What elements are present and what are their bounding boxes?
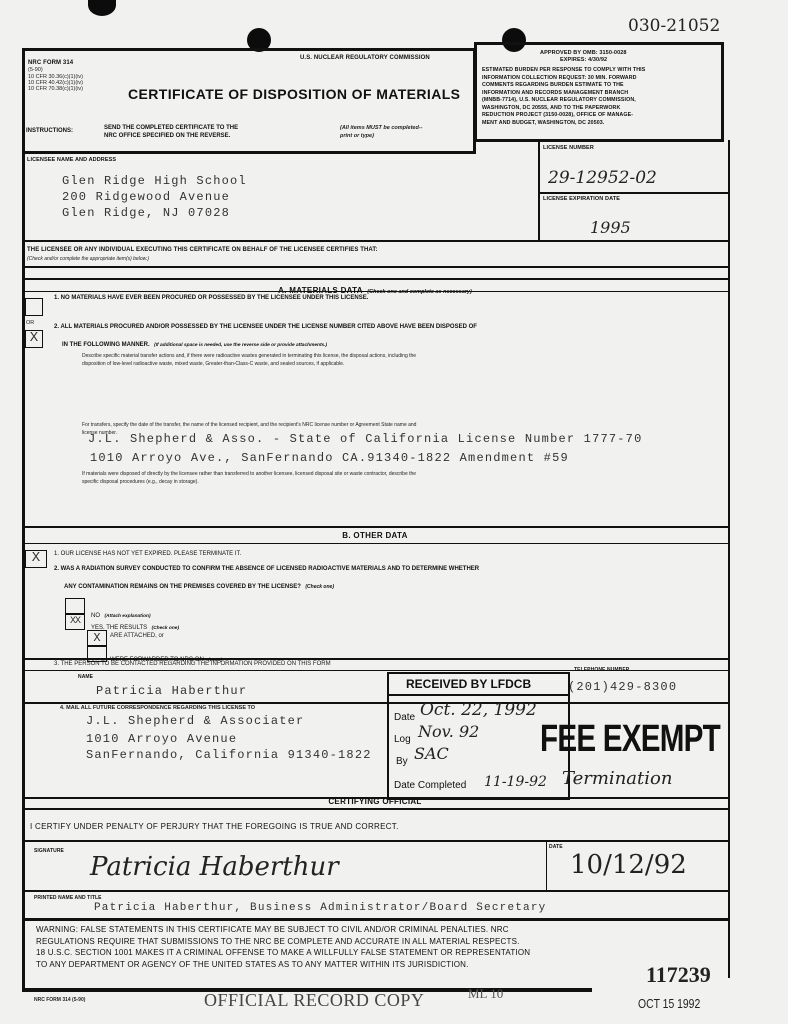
signature-label: SIGNATURE bbox=[34, 848, 64, 854]
omb-approval: APPROVED BY OMB: 3150-0028 bbox=[540, 50, 627, 56]
divider bbox=[22, 890, 728, 892]
certifies-statement: THE LICENSEE OR ANY INDIVIDUAL EXECUTING… bbox=[27, 247, 378, 253]
form-revision: (5-90) bbox=[28, 67, 43, 73]
signature[interactable]: Patricia Haberthur bbox=[90, 852, 339, 882]
termination-note[interactable]: Termination bbox=[562, 768, 672, 789]
transfer-address[interactable]: 1010 Arroyo Ave., SanFernando CA.91340-1… bbox=[90, 451, 569, 465]
form-title: CERTIFICATE OF DISPOSITION OF MATERIALS bbox=[128, 86, 460, 102]
divider bbox=[538, 192, 728, 194]
form-id: NRC FORM 314 bbox=[28, 60, 73, 66]
transfer-recipient[interactable]: J.L. Shepherd & Asso. - State of Califor… bbox=[88, 432, 642, 446]
received-stamp-title: RECEIVED BY LFDCB bbox=[406, 677, 531, 691]
describe-instructions: Describe specific material transfer acti… bbox=[82, 353, 416, 359]
divider bbox=[22, 808, 728, 810]
contact-phone[interactable]: (201)429-8300 bbox=[568, 680, 677, 694]
printed-name-label: PRINTED NAME AND TITLE bbox=[34, 895, 102, 901]
form-border-right bbox=[728, 140, 730, 978]
survey-yes-checkbox[interactable]: XX bbox=[65, 614, 85, 630]
divider bbox=[22, 266, 728, 268]
mail-line[interactable]: J.L. Shepherd & Associater bbox=[86, 714, 304, 728]
contact-name-label: NAME bbox=[78, 674, 93, 680]
or-label: OR bbox=[26, 320, 34, 326]
certifying-official-title: CERTIFYING OFFICIAL bbox=[22, 797, 728, 806]
fee-exempt-stamp: FEE EXEMPT bbox=[540, 718, 720, 761]
received-date-stamp: OCT 15 1992 bbox=[638, 996, 700, 1011]
contact-name[interactable]: Patricia Haberthur bbox=[96, 684, 247, 698]
divider bbox=[538, 140, 540, 240]
signature-date-label: DATE bbox=[549, 844, 563, 850]
certification-statement: I CERTIFY UNDER PENALTY OF PERJURY THAT … bbox=[30, 822, 399, 831]
stamp-date-completed-label: Date Completed bbox=[394, 780, 466, 791]
no-materials-text: 1. NO MATERIALS HAVE EVER BEEN PROCURED … bbox=[54, 295, 368, 301]
ml-stamp: ML 10 bbox=[468, 986, 503, 1002]
divider bbox=[546, 840, 547, 890]
licensee-name[interactable]: Glen Ridge High School bbox=[62, 174, 247, 188]
transfers-instructions: For transfers, specify the date of the t… bbox=[82, 422, 416, 428]
license-expiration-label: LICENSE EXPIRATION DATE bbox=[543, 196, 620, 202]
form-border-left bbox=[22, 150, 25, 992]
instructions-label: INSTRUCTIONS: bbox=[26, 128, 73, 134]
official-record-copy-stamp: OFFICIAL RECORD COPY bbox=[204, 990, 424, 1011]
stamp-date-label: Date bbox=[394, 712, 415, 723]
survey-no-checkbox[interactable] bbox=[65, 598, 85, 614]
terminate-text: 1. OUR LICENSE HAS NOT YET EXPIRED. PLEA… bbox=[54, 551, 241, 557]
divider bbox=[22, 543, 728, 544]
footer-form-id: NRC FORM 314 (5-90) bbox=[34, 997, 85, 1003]
mail-line[interactable]: SanFernando, California 91340-1822 bbox=[86, 748, 372, 762]
burden-statement: ESTIMATED BURDEN PER RESPONSE TO COMPLY … bbox=[482, 67, 720, 127]
all-disposed-checkbox[interactable]: X bbox=[25, 330, 43, 348]
divider bbox=[22, 918, 728, 921]
licensee-city[interactable]: Glen Ridge, NJ 07028 bbox=[62, 206, 230, 220]
license-number-label: LICENSE NUMBER bbox=[543, 145, 594, 151]
instructions-text: NRC OFFICE SPECIFIED ON THE REVERSE. bbox=[104, 133, 230, 139]
agency-name: U.S. NUCLEAR REGULATORY COMMISSION bbox=[300, 55, 430, 61]
contact-person-text: 3. THE PERSON TO BE CONTACTED REGARDING … bbox=[54, 661, 331, 667]
disposal-instructions: If materials were disposed of directly b… bbox=[82, 471, 416, 477]
received-number-stamp: 117239 bbox=[646, 962, 711, 988]
divider bbox=[22, 702, 728, 704]
all-disposed-text: 2. ALL MATERIALS PROCURED AND/OR POSSESS… bbox=[54, 324, 477, 330]
divider bbox=[22, 840, 728, 842]
mail-correspondence-label: 4. MAIL ALL FUTURE CORRESPONDENCE REGARD… bbox=[60, 705, 255, 711]
cfr-ref: 10 CFR 70.38(c)(1)(iv) bbox=[28, 86, 83, 92]
signature-date[interactable]: 10/12/92 bbox=[570, 850, 687, 880]
instructions-note: (All items MUST be completed-- bbox=[340, 125, 423, 131]
printed-name-title[interactable]: Patricia Haberthur, Business Administrat… bbox=[94, 902, 546, 914]
warning-text: WARNING: FALSE STATEMENTS IN THIS CERTIF… bbox=[36, 924, 726, 970]
instructions-note: print or type) bbox=[340, 133, 374, 139]
stamp-date-completed[interactable]: 11-19-92 bbox=[484, 774, 547, 790]
describe-instructions: disposition of low-level radioactive was… bbox=[82, 361, 344, 367]
instructions-text: SEND THE COMPLETED CERTIFICATE TO THE bbox=[104, 125, 238, 131]
stamp-log[interactable]: Nov. 92 bbox=[418, 722, 479, 741]
all-disposed-text-2: IN THE FOLLOWING MANNER. (If additional … bbox=[62, 333, 327, 351]
omb-expires: EXPIRES: 4/30/92 bbox=[560, 57, 607, 63]
terminate-checkbox[interactable]: X bbox=[25, 550, 47, 568]
phone-label: TELEPHONE NUMBER bbox=[574, 667, 630, 673]
certifies-note: (Check and/or complete the appropriate i… bbox=[27, 256, 149, 262]
divider bbox=[22, 240, 728, 242]
licensee-label: LICENSEE NAME AND ADDRESS bbox=[27, 157, 116, 163]
survey-question-2: ANY CONTAMINATION REMAINS ON THE PREMISE… bbox=[64, 575, 334, 593]
license-expiration[interactable]: 1995 bbox=[590, 218, 631, 237]
license-number[interactable]: 29-12952-02 bbox=[548, 168, 657, 188]
document-page: 030-21052 U.S. NUCLEAR REGULATORY COMMIS… bbox=[0, 0, 788, 1024]
section-b-title: B. OTHER DATA bbox=[22, 531, 728, 540]
document-number: 030-21052 bbox=[628, 16, 720, 36]
stamp-log-label: Log bbox=[394, 734, 411, 745]
stamp-date[interactable]: Oct. 22, 1992 bbox=[420, 700, 537, 720]
licensee-street[interactable]: 200 Ridgewood Avenue bbox=[62, 190, 230, 204]
disposal-instructions: specific disposal procedures (e.g., deca… bbox=[82, 479, 199, 485]
results-attached-label: ARE ATTACHED, or bbox=[110, 633, 164, 639]
mail-line[interactable]: 1010 Arroyo Avenue bbox=[86, 732, 237, 746]
survey-question: 2. WAS A RADIATION SURVEY CONDUCTED TO C… bbox=[54, 566, 479, 572]
stamp-by[interactable]: SAC bbox=[414, 744, 449, 763]
divider bbox=[22, 291, 728, 292]
punch-notch bbox=[88, 0, 116, 16]
divider bbox=[22, 526, 728, 528]
results-attached-checkbox[interactable]: X bbox=[87, 630, 107, 646]
divider bbox=[22, 658, 728, 660]
no-materials-checkbox[interactable] bbox=[25, 298, 43, 316]
stamp-by-label: By bbox=[396, 756, 408, 767]
